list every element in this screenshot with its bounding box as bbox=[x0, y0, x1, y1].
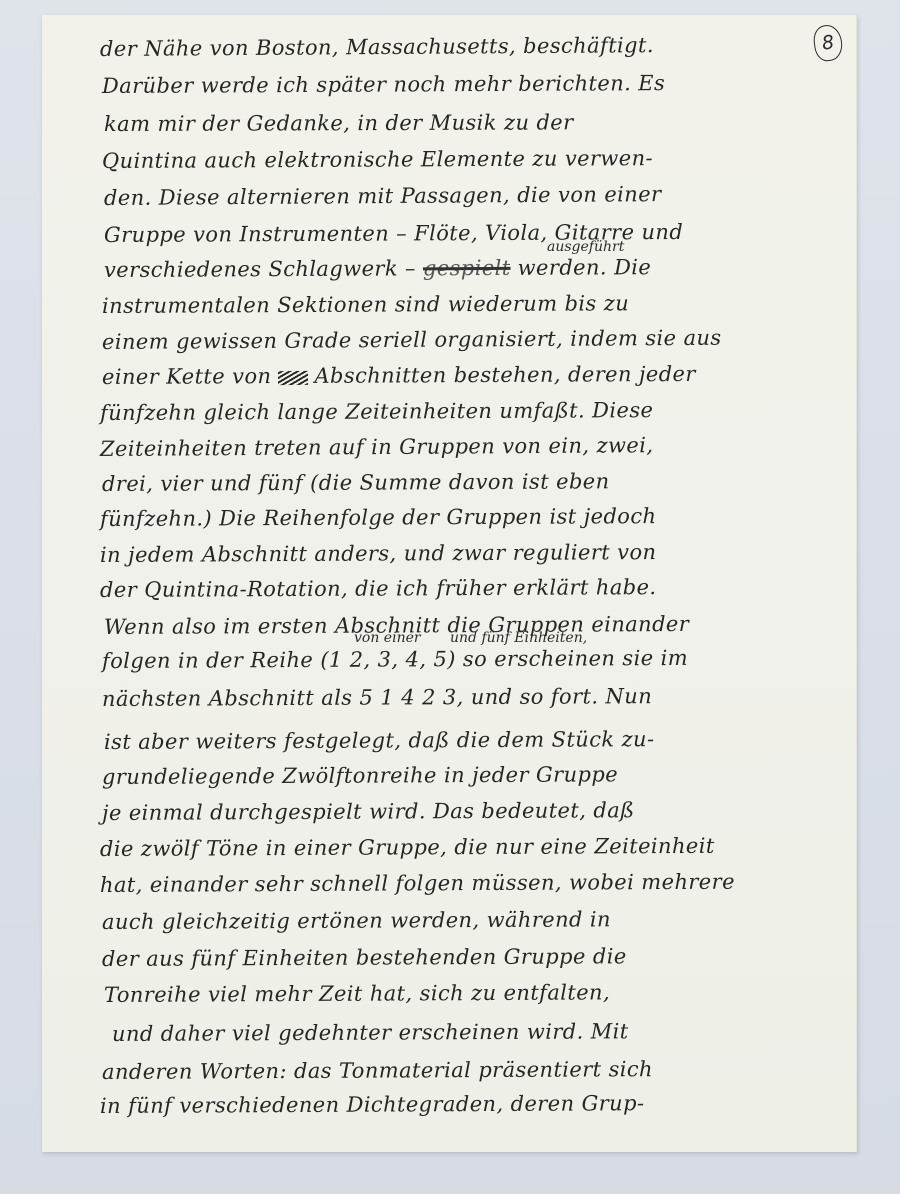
text-line-16: der Quintina-Rotation, die ich früher er… bbox=[100, 575, 657, 602]
text-line-30: in fünf verschiedenen Dichtegraden, dere… bbox=[100, 1091, 645, 1118]
text-line-10-before: einer Kette von bbox=[102, 364, 279, 389]
manuscript-page: 8 der Nähe von Boston, Massachusetts, be… bbox=[42, 15, 857, 1152]
text-line-2: Darüber werde ich später noch mehr beric… bbox=[102, 71, 665, 98]
text-line-22: je einmal durchgespielt wird. Das bedeut… bbox=[102, 798, 635, 825]
text-line-21: grundeliegende Zwölftonreihe in jeder Gr… bbox=[102, 762, 618, 789]
text-line-15: in jedem Abschnitt anders, und zwar regu… bbox=[100, 540, 657, 567]
text-line-7-before: verschiedenes Schlagwerk – bbox=[104, 256, 423, 282]
page-number-circled: 8 bbox=[812, 23, 845, 63]
text-line-23: die zwölf Töne in einer Gruppe, die nur … bbox=[100, 834, 715, 861]
text-line-26: der aus fünf Einheiten bestehenden Grupp… bbox=[102, 944, 627, 971]
text-line-19: nächsten Abschnitt als 5 1 4 2 3, und so… bbox=[102, 684, 652, 711]
text-line-25: auch gleichzeitig ertönen werden, währen… bbox=[102, 907, 611, 934]
text-line-5: den. Diese alternieren mit Passagen, die… bbox=[104, 182, 662, 210]
text-line-28: und daher viel gedehnter erscheinen wird… bbox=[112, 1019, 629, 1046]
text-line-7-after: werden. Die bbox=[511, 255, 652, 280]
text-line-10-after: Abschnitten bestehen, deren jeder bbox=[314, 362, 695, 388]
text-line-20: ist aber weiters festgelegt, daß die dem… bbox=[104, 727, 655, 754]
text-line-27: Tonreihe viel mehr Zeit hat, sich zu ent… bbox=[104, 980, 610, 1007]
text-line-12: Zeiteinheiten treten auf in Gruppen von … bbox=[100, 433, 654, 461]
text-line-8: instrumentalen Sektionen sind wiederum b… bbox=[102, 291, 629, 318]
text-line-7: verschiedenes Schlagwerk – gespielt werd… bbox=[104, 255, 651, 282]
insertion-ausgefuehrt: ausgeführt bbox=[547, 239, 624, 255]
text-line-29: anderen Worten: das Tonmaterial präsenti… bbox=[102, 1057, 653, 1084]
text-line-4: Quintina auch elektronische Elemente zu … bbox=[102, 146, 653, 173]
text-line-18: folgen in der Reihe (1 2, 3, 4, 5) so er… bbox=[102, 646, 688, 673]
text-line-1: der Nähe von Boston, Massachusetts, besc… bbox=[100, 33, 654, 61]
text-line-11: fünfzehn gleich lange Zeiteinheiten umfa… bbox=[100, 398, 653, 425]
insertion-und-fuenf-einheiten: und fünf Einheiten, bbox=[450, 630, 587, 646]
text-line-10: einer Kette von Abschnitten bestehen, de… bbox=[102, 362, 696, 389]
text-line-14: fünfzehn.) Die Reihenfolge der Gruppen i… bbox=[100, 504, 657, 531]
text-line-9: einem gewissen Grade seriell organisiert… bbox=[102, 326, 722, 354]
text-line-3: kam mir der Gedanke, in der Musik zu der bbox=[104, 110, 574, 136]
insertion-von-einer: von einer bbox=[354, 630, 421, 646]
ink-scribble-deletion bbox=[278, 370, 308, 384]
struck-word-gespielt: gespielt bbox=[423, 256, 511, 280]
text-line-24: hat, einander sehr schnell folgen müssen… bbox=[100, 870, 735, 897]
text-line-13: drei, vier und fünf (die Summe davon ist… bbox=[102, 469, 610, 496]
